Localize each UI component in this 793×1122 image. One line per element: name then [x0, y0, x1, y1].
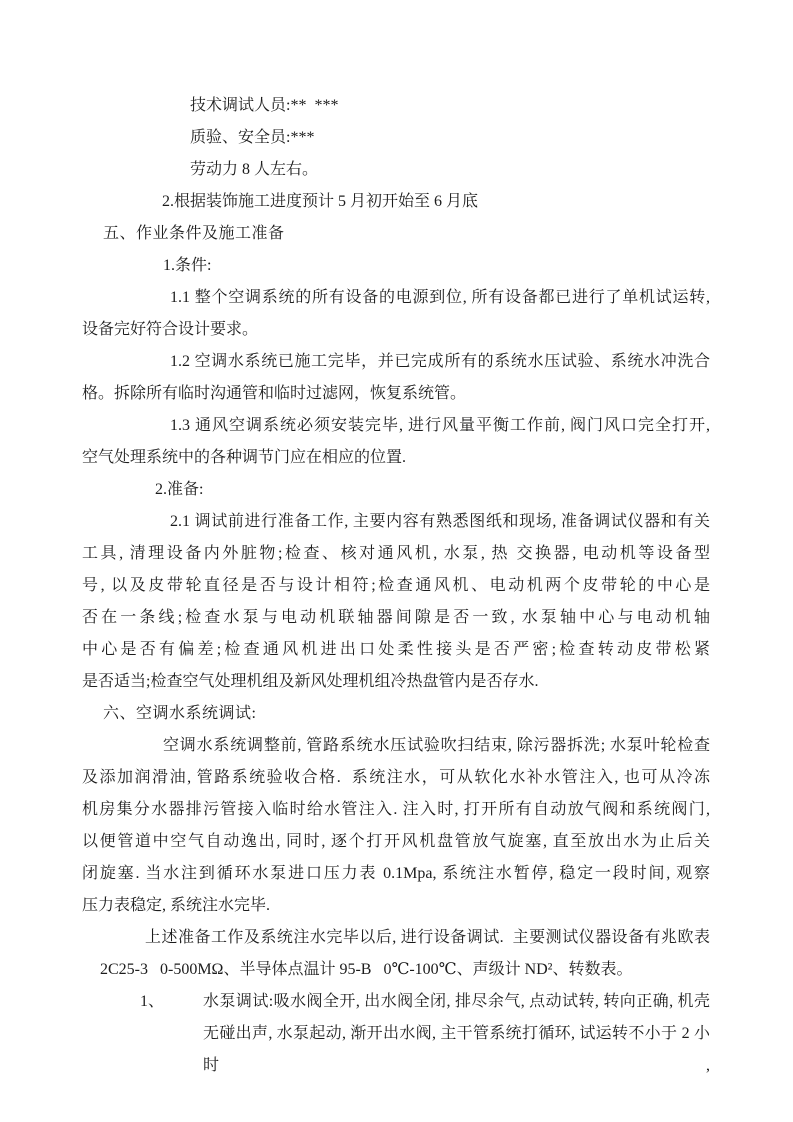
paragraph-line: 以便管道中空气自动逸出, 同时, 逐个打开风机盘管放气旋塞, 直至放出水为止后关 — [82, 826, 710, 858]
paragraph-line: 号, 以及皮带轮直径是否与设计相符;检查通风机、电动机两个皮带轮的中心是 — [82, 570, 710, 602]
roster-line-labor-force: 劳动力 8 人左右。 — [190, 154, 710, 186]
conditions-subheading: 1.条件: — [163, 250, 710, 282]
list-number: 1、 — [140, 986, 164, 1018]
paragraph-line: 闭旋塞. 当水注到循环水泵进口压力表 0.1Mpa, 系统注水暂停, 稳定一段时… — [82, 858, 710, 890]
paragraph-line: 设备完好符合设计要求。 — [82, 314, 710, 346]
paragraph-line: 工具, 清理设备内外脏物;检查、核对通风机, 水泵, 热 交换器, 电动机等设备… — [82, 538, 710, 570]
numbered-item-pump-test: 1、 水泵调试:吸水阀全开, 出水阀全闭, 排尽余气, 点动试转, 转向正确, … — [203, 986, 710, 1018]
paragraph-line: 中心是否有偏差;检查通风机进出口处柔性接头是否严密;检查转动皮带松紧 — [82, 634, 710, 666]
document-page: 技术调试人员:** *** 质验、安全员:*** 劳动力 8 人左右。 2.根据… — [0, 0, 793, 1122]
paragraph-line: 是否适当;检查空气处理机组及新风处理机组冷热盘管内是否存水. — [82, 666, 710, 698]
paragraph-line: 否在一条线;检查水泵与电动机联轴器间隙是否一致, 水泵轴中心与电动机轴 — [82, 602, 710, 634]
list-item-text: 水泵调试:吸水阀全开, 出水阀全闭, 排尽余气, 点动试转, 转向正确, 机壳 — [203, 986, 710, 1018]
section-heading-6: 六、空调水系统调试: — [103, 698, 710, 730]
paragraph-line: 1.1 整个空调系统的所有设备的电源到位, 所有设备都已进行了单机试运转, — [170, 282, 710, 314]
paragraph-line: 空调水系统调整前, 管路系统水压试验吹扫结束, 除污器拆洗; 水泵叶轮检查 — [163, 730, 710, 762]
paragraph-line: 上述准备工作及系统注水完毕以后, 进行设备调试. 主要测试仪器设备有兆欧表 — [145, 922, 710, 954]
list-item-continuation: 无碰出声, 水泵起动, 渐开出水阀, 主干管系统打循环, 试运转不小于 2 小时… — [203, 1018, 710, 1050]
schedule-item: 2.根据装饰施工进度预计 5 月初开始至 6 月底 — [162, 186, 710, 218]
paragraph-line: 及添加润滑油, 管路系统验收合格. 系统注水，可从软化水补水管注入, 也可从冷冻 — [82, 762, 710, 794]
paragraph-line: 机房集分水器排污管接入临时给水管注入. 注入时, 打开所有自动放气阀和系统阀门, — [82, 794, 710, 826]
preparation-subheading: 2.准备: — [155, 474, 710, 506]
document-body: 技术调试人员:** *** 质验、安全员:*** 劳动力 8 人左右。 2.根据… — [82, 90, 710, 1050]
roster-line-technical-staff: 技术调试人员:** *** — [190, 90, 710, 122]
paragraph-line: 压力表稳定, 系统注水完毕. — [82, 890, 710, 922]
paragraph-line: 1.2 空调水系统已施工完毕，并已完成所有的系统水压试验、系统水冲洗合 — [170, 346, 710, 378]
paragraph-line: 格。拆除所有临时沟通管和临时过滤网，恢复系统管。 — [82, 378, 710, 410]
roster-line-quality-safety: 质验、安全员:*** — [190, 122, 710, 154]
instruments-line: 2C25-3 0-500MΩ、半导体点温计 95-B 0℃-100℃、声级计 N… — [100, 954, 710, 986]
section-heading-5: 五、作业条件及施工准备 — [103, 218, 710, 250]
paragraph-line: 1.3 通风空调系统必须安装完毕, 进行风量平衡工作前, 阀门风口完全打开, — [170, 410, 710, 442]
paragraph-line: 空气处理系统中的各种调节门应在相应的位置. — [82, 442, 710, 474]
paragraph-line: 2.1 调试前进行准备工作, 主要内容有熟悉图纸和现场, 准备调试仪器和有关 — [170, 506, 710, 538]
